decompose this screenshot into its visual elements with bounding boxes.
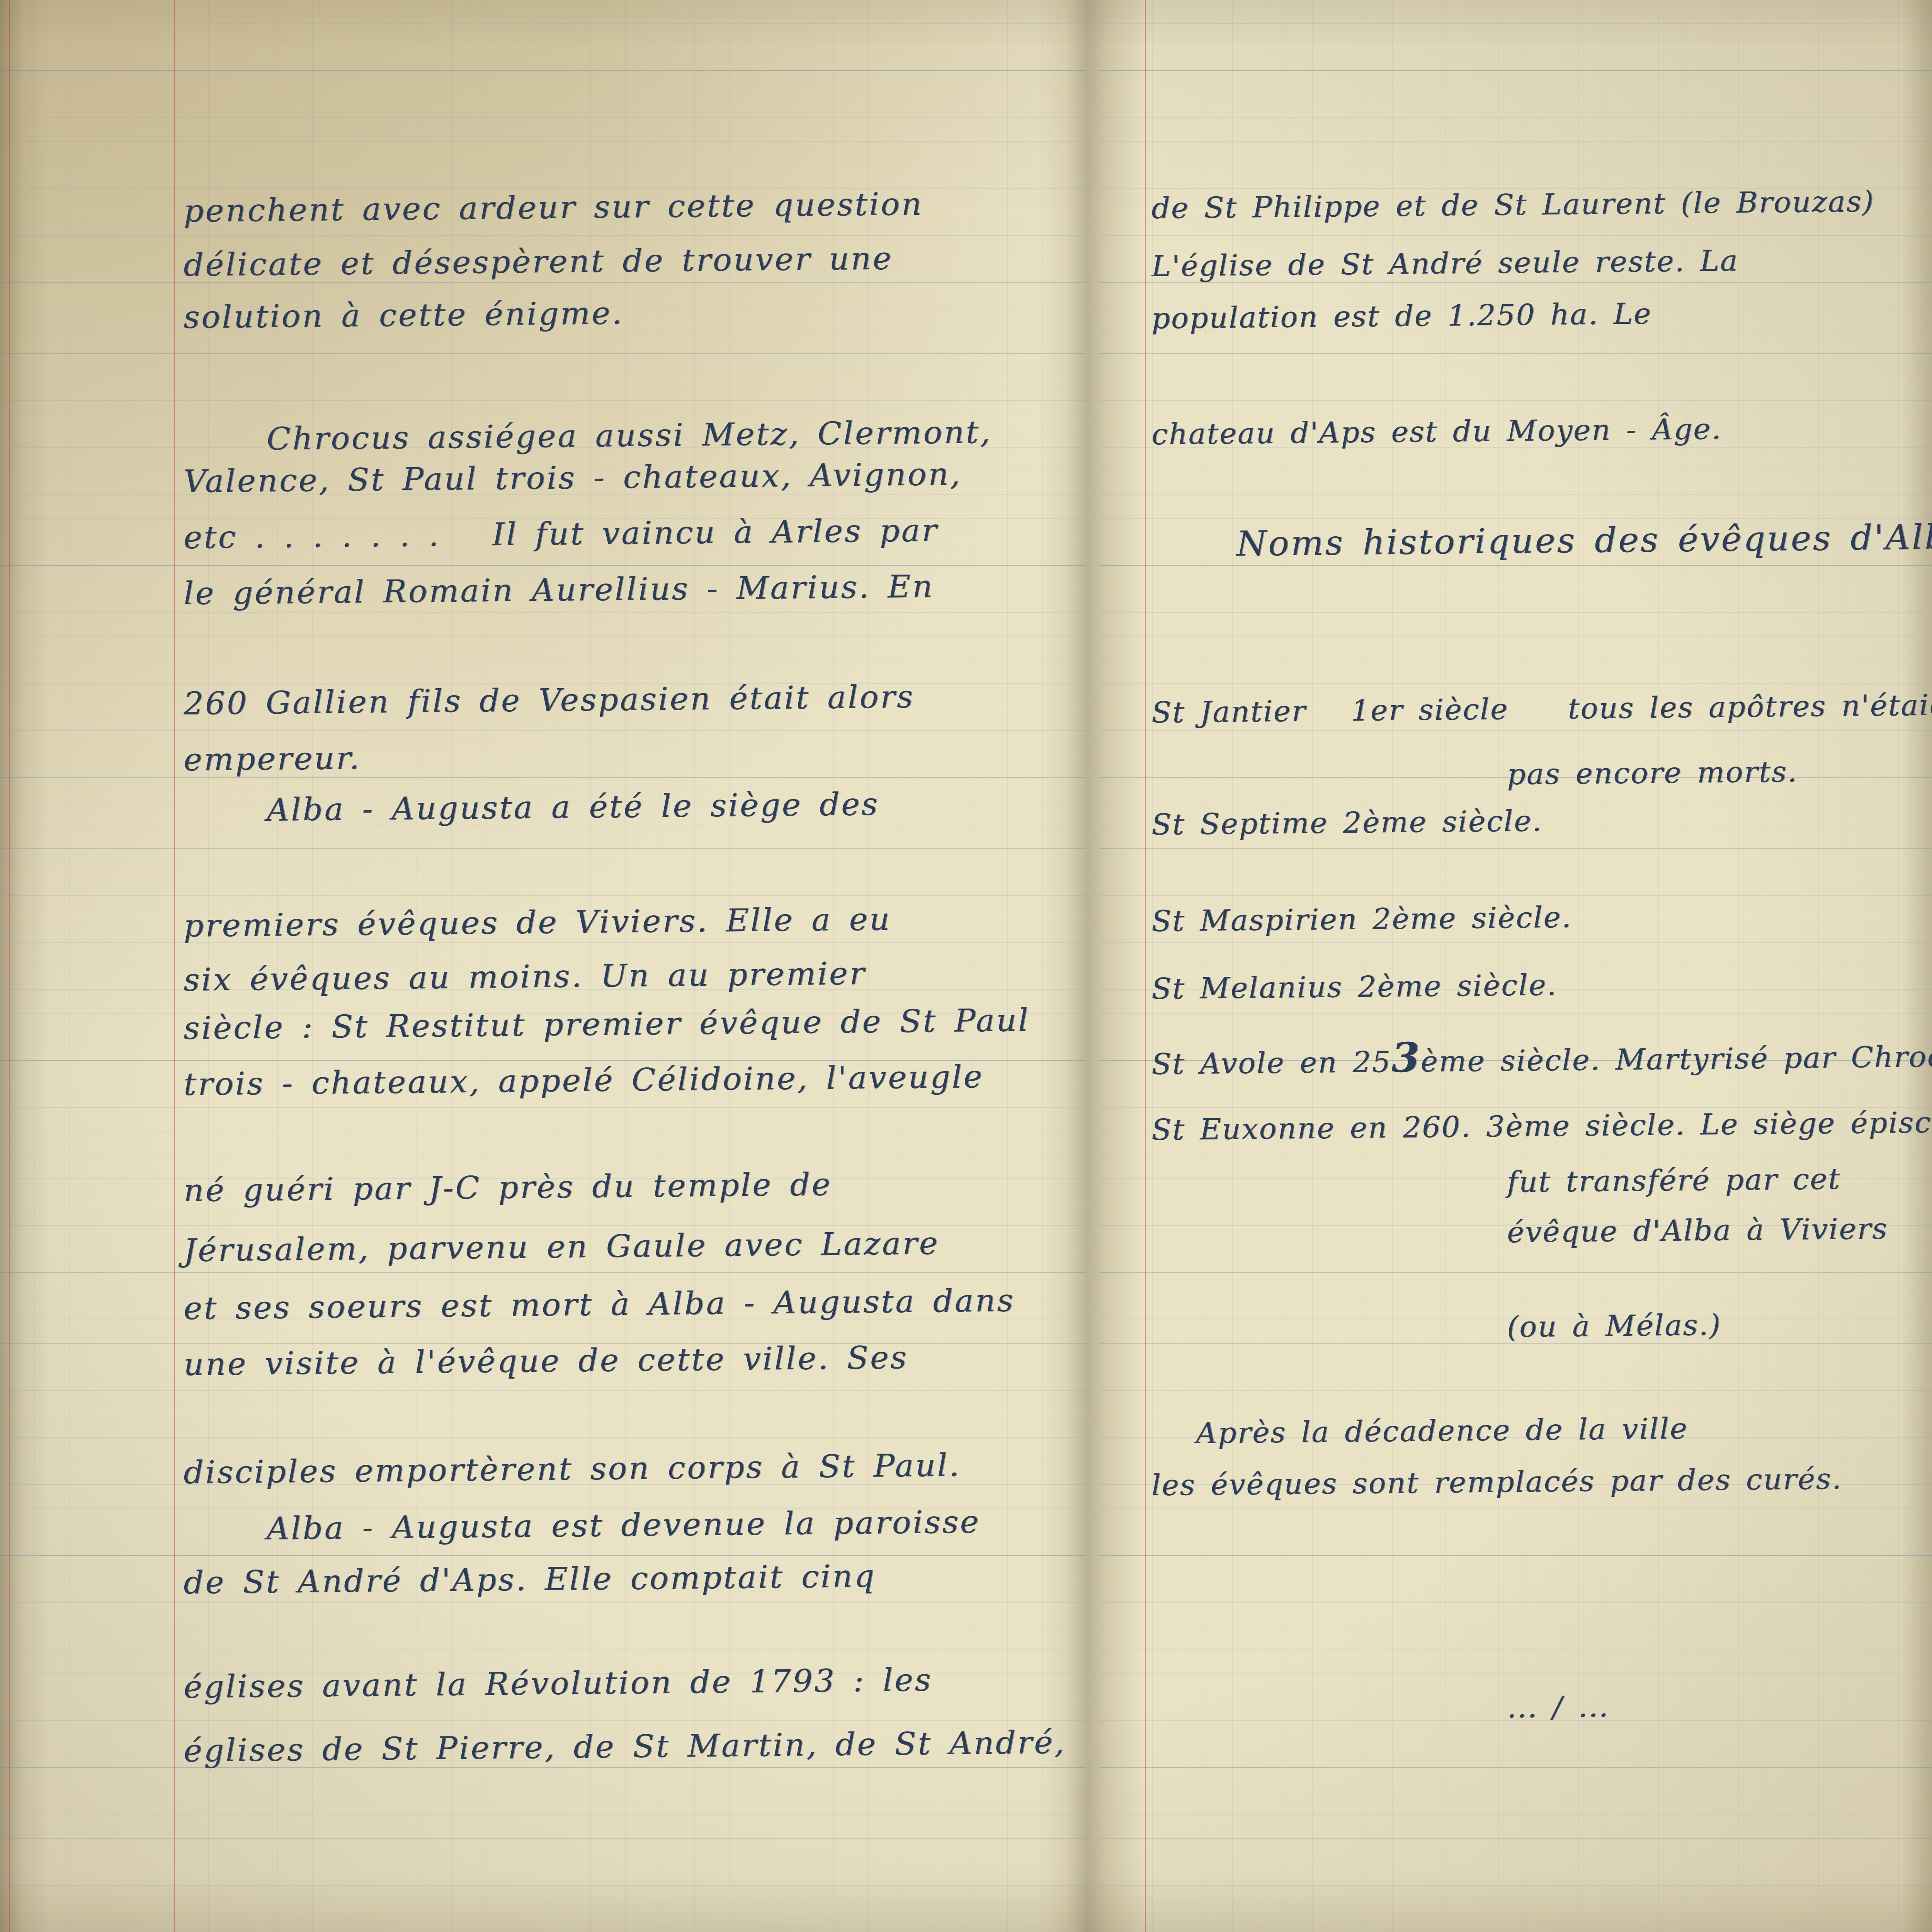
handwritten-line: églises de St Pierre, de St Martin, de S…	[184, 1725, 1066, 1769]
handwritten-line: 260 Gallien fils de Vespasien était alor…	[184, 679, 915, 722]
handwritten-line: Alba - Augusta est devenue la paroisse	[267, 1504, 981, 1547]
handwritten-line: population est de 1.250 ha. Le	[1151, 297, 1652, 335]
handwritten-line: né guéri par J-C près du temple de	[184, 1167, 832, 1209]
right-page-margin-line	[1145, 0, 1146, 1932]
handwritten-line: de St Philippe et de St Laurent (le Brou…	[1151, 184, 1875, 225]
text-segment: St Avole en 25	[1151, 1045, 1392, 1081]
left-page-text: penchent avec ardeur sur cette questiond…	[0, 0, 1932, 1932]
handwritten-line: siècle : St Restitut premier évêque de S…	[184, 1002, 1030, 1047]
handwritten-line: (ou à Mélas.)	[1507, 1308, 1722, 1344]
handwritten-line: empereur.	[184, 740, 361, 778]
handwritten-line: chateau d'Aps est du Moyen - Âge.	[1151, 412, 1722, 451]
handwritten-line: St Maspirien 2ème siècle.	[1151, 900, 1572, 938]
corrected-line: St Avole en 253ème siècle. Martyrisé par…	[1151, 1039, 1932, 1081]
handwritten-line: le général Romain Aurellius - Marius. En	[184, 568, 934, 612]
handwritten-line: de St André d'Aps. Elle comptait cinq	[184, 1558, 876, 1601]
handwritten-line: les évêques sont remplacés par des curés…	[1151, 1462, 1842, 1502]
right-page-ruling	[1099, 0, 1932, 1932]
handwritten-line: délicate et désespèrent de trouver une	[184, 240, 893, 284]
handwritten-line: St Euxonne en 260. 3ème siècle. Le siège…	[1151, 1105, 1932, 1147]
section-heading: Noms historiques des évêques d'Alba	[1236, 517, 1932, 564]
handwritten-line: premiers évêques de Viviers. Elle a eu	[184, 901, 891, 944]
handwritten-line: penchent avec ardeur sur cette question	[184, 186, 923, 230]
continuation-mark: ... / ...	[1507, 1689, 1609, 1725]
handwritten-line: L'église de St André seule reste. La	[1151, 243, 1739, 283]
right-page-text: de St Philippe et de St Laurent (le Brou…	[0, 0, 1932, 1932]
handwritten-line: évêque d'Alba à Viviers	[1507, 1212, 1888, 1249]
handwritten-line: Alba - Augusta a été le siège des	[267, 786, 879, 828]
handwritten-line: et ses soeurs est mort à Alba - Augusta …	[184, 1282, 1015, 1327]
handwritten-line: St Melanius 2ème siècle.	[1151, 968, 1557, 1006]
handwritten-line: une visite à l'évêque de cette ville. Se…	[184, 1340, 908, 1383]
left-page-ruling	[0, 0, 1086, 1932]
handwritten-line: etc . . . . . . . Il fut vaincu à Arles …	[184, 512, 939, 556]
handwritten-line: six évêques au moins. Un au premier	[184, 956, 866, 998]
handwritten-line: pas encore morts.	[1507, 755, 1798, 791]
handwritten-line: fut transféré par cet	[1507, 1162, 1841, 1199]
handwritten-line: Jérusalem, parvenu en Gaule avec Lazare	[184, 1225, 940, 1269]
handwritten-line: St Septime 2ème siècle.	[1151, 804, 1543, 842]
handwritten-line: St Jantier 1er siècle tous les apôtres n…	[1151, 687, 1932, 730]
text-segment: ème siècle. Martyrisé par Chrocus.	[1420, 1039, 1932, 1078]
handwritten-line: églises avant la Révolution de 1793 : le…	[184, 1662, 933, 1706]
left-page-margin-line	[174, 0, 175, 1932]
handwritten-line: Après la décadence de la ville	[1196, 1412, 1688, 1450]
left-edge-margin-line	[9, 0, 10, 1932]
handwritten-line: trois - chateaux, appelé Célidoine, l'av…	[184, 1059, 984, 1103]
handwritten-line: disciples emportèrent son corps à St Pau…	[184, 1447, 961, 1491]
handwritten-line: solution à cette énigme.	[184, 295, 624, 336]
corrected-digit: 3	[1391, 1033, 1421, 1082]
notebook-spread: penchent avec ardeur sur cette questiond…	[0, 0, 1932, 1932]
handwritten-line: Chrocus assiégea aussi Metz, Clermont,	[267, 414, 992, 457]
handwritten-line: Valence, St Paul trois - chateaux, Avign…	[184, 456, 962, 500]
